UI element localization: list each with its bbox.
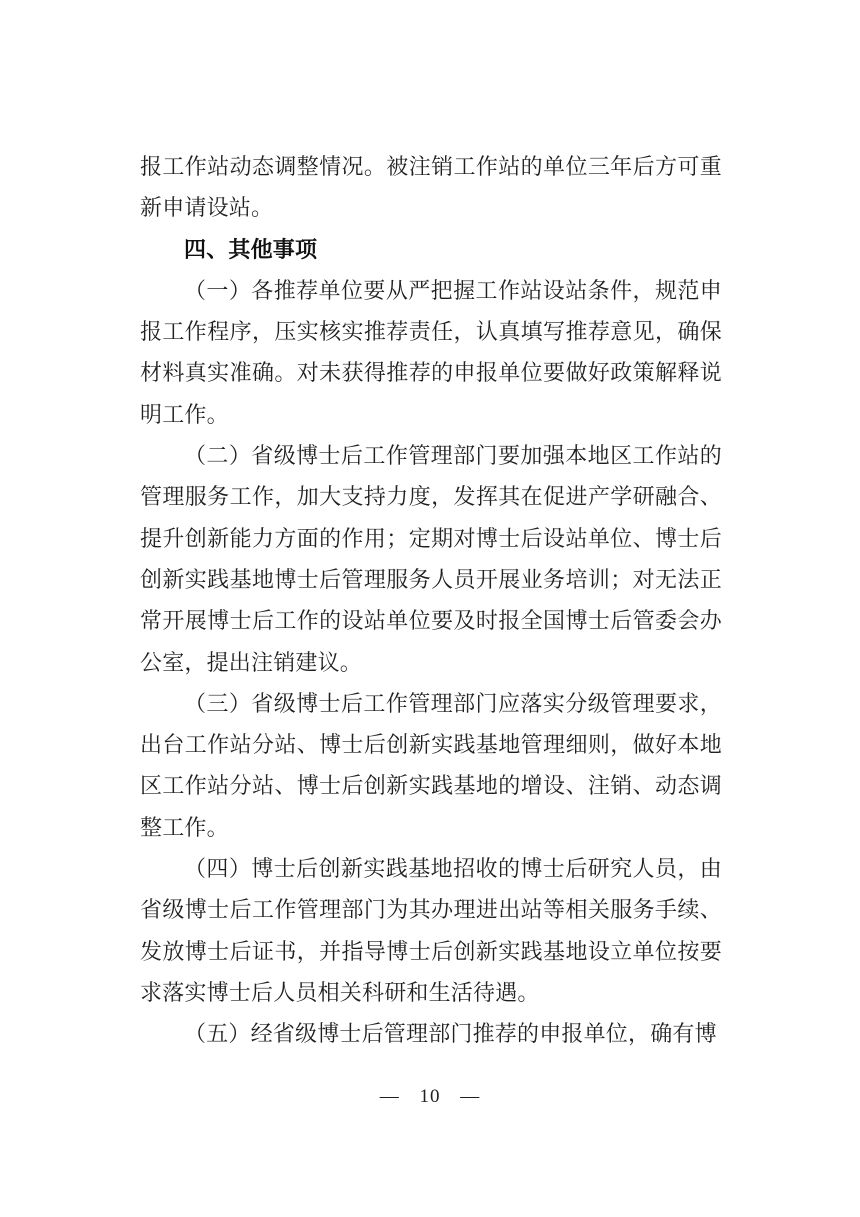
page-number: — 10 — — [0, 1086, 860, 1108]
paragraph-item-2: （二）省级博士后工作管理部门要加强本地区工作站的管理服务工作，加大支持力度，发挥… — [140, 435, 722, 683]
paragraph-continuation: 报工作站动态调整情况。被注销工作站的单位三年后方可重新申请设站。 — [140, 146, 722, 229]
document-page: 报工作站动态调整情况。被注销工作站的单位三年后方可重新申请设站。 四、其他事项 … — [0, 0, 860, 1217]
paragraph-item-5: （五）经省级博士后管理部门推荐的申报单位，确有博 — [140, 1013, 722, 1054]
paragraph-item-4: （四）博士后创新实践基地招收的博士后研究人员，由省级博士后工作管理部门为其办理进… — [140, 848, 722, 1013]
section-heading: 四、其他事项 — [140, 229, 722, 270]
document-body: 报工作站动态调整情况。被注销工作站的单位三年后方可重新申请设站。 四、其他事项 … — [140, 146, 722, 1055]
paragraph-item-3: （三）省级博士后工作管理部门应落实分级管理要求，出台工作站分站、博士后创新实践基… — [140, 683, 722, 848]
paragraph-item-1: （一）各推荐单位要从严把握工作站设站条件，规范申报工作程序，压实核实推荐责任，认… — [140, 270, 722, 435]
